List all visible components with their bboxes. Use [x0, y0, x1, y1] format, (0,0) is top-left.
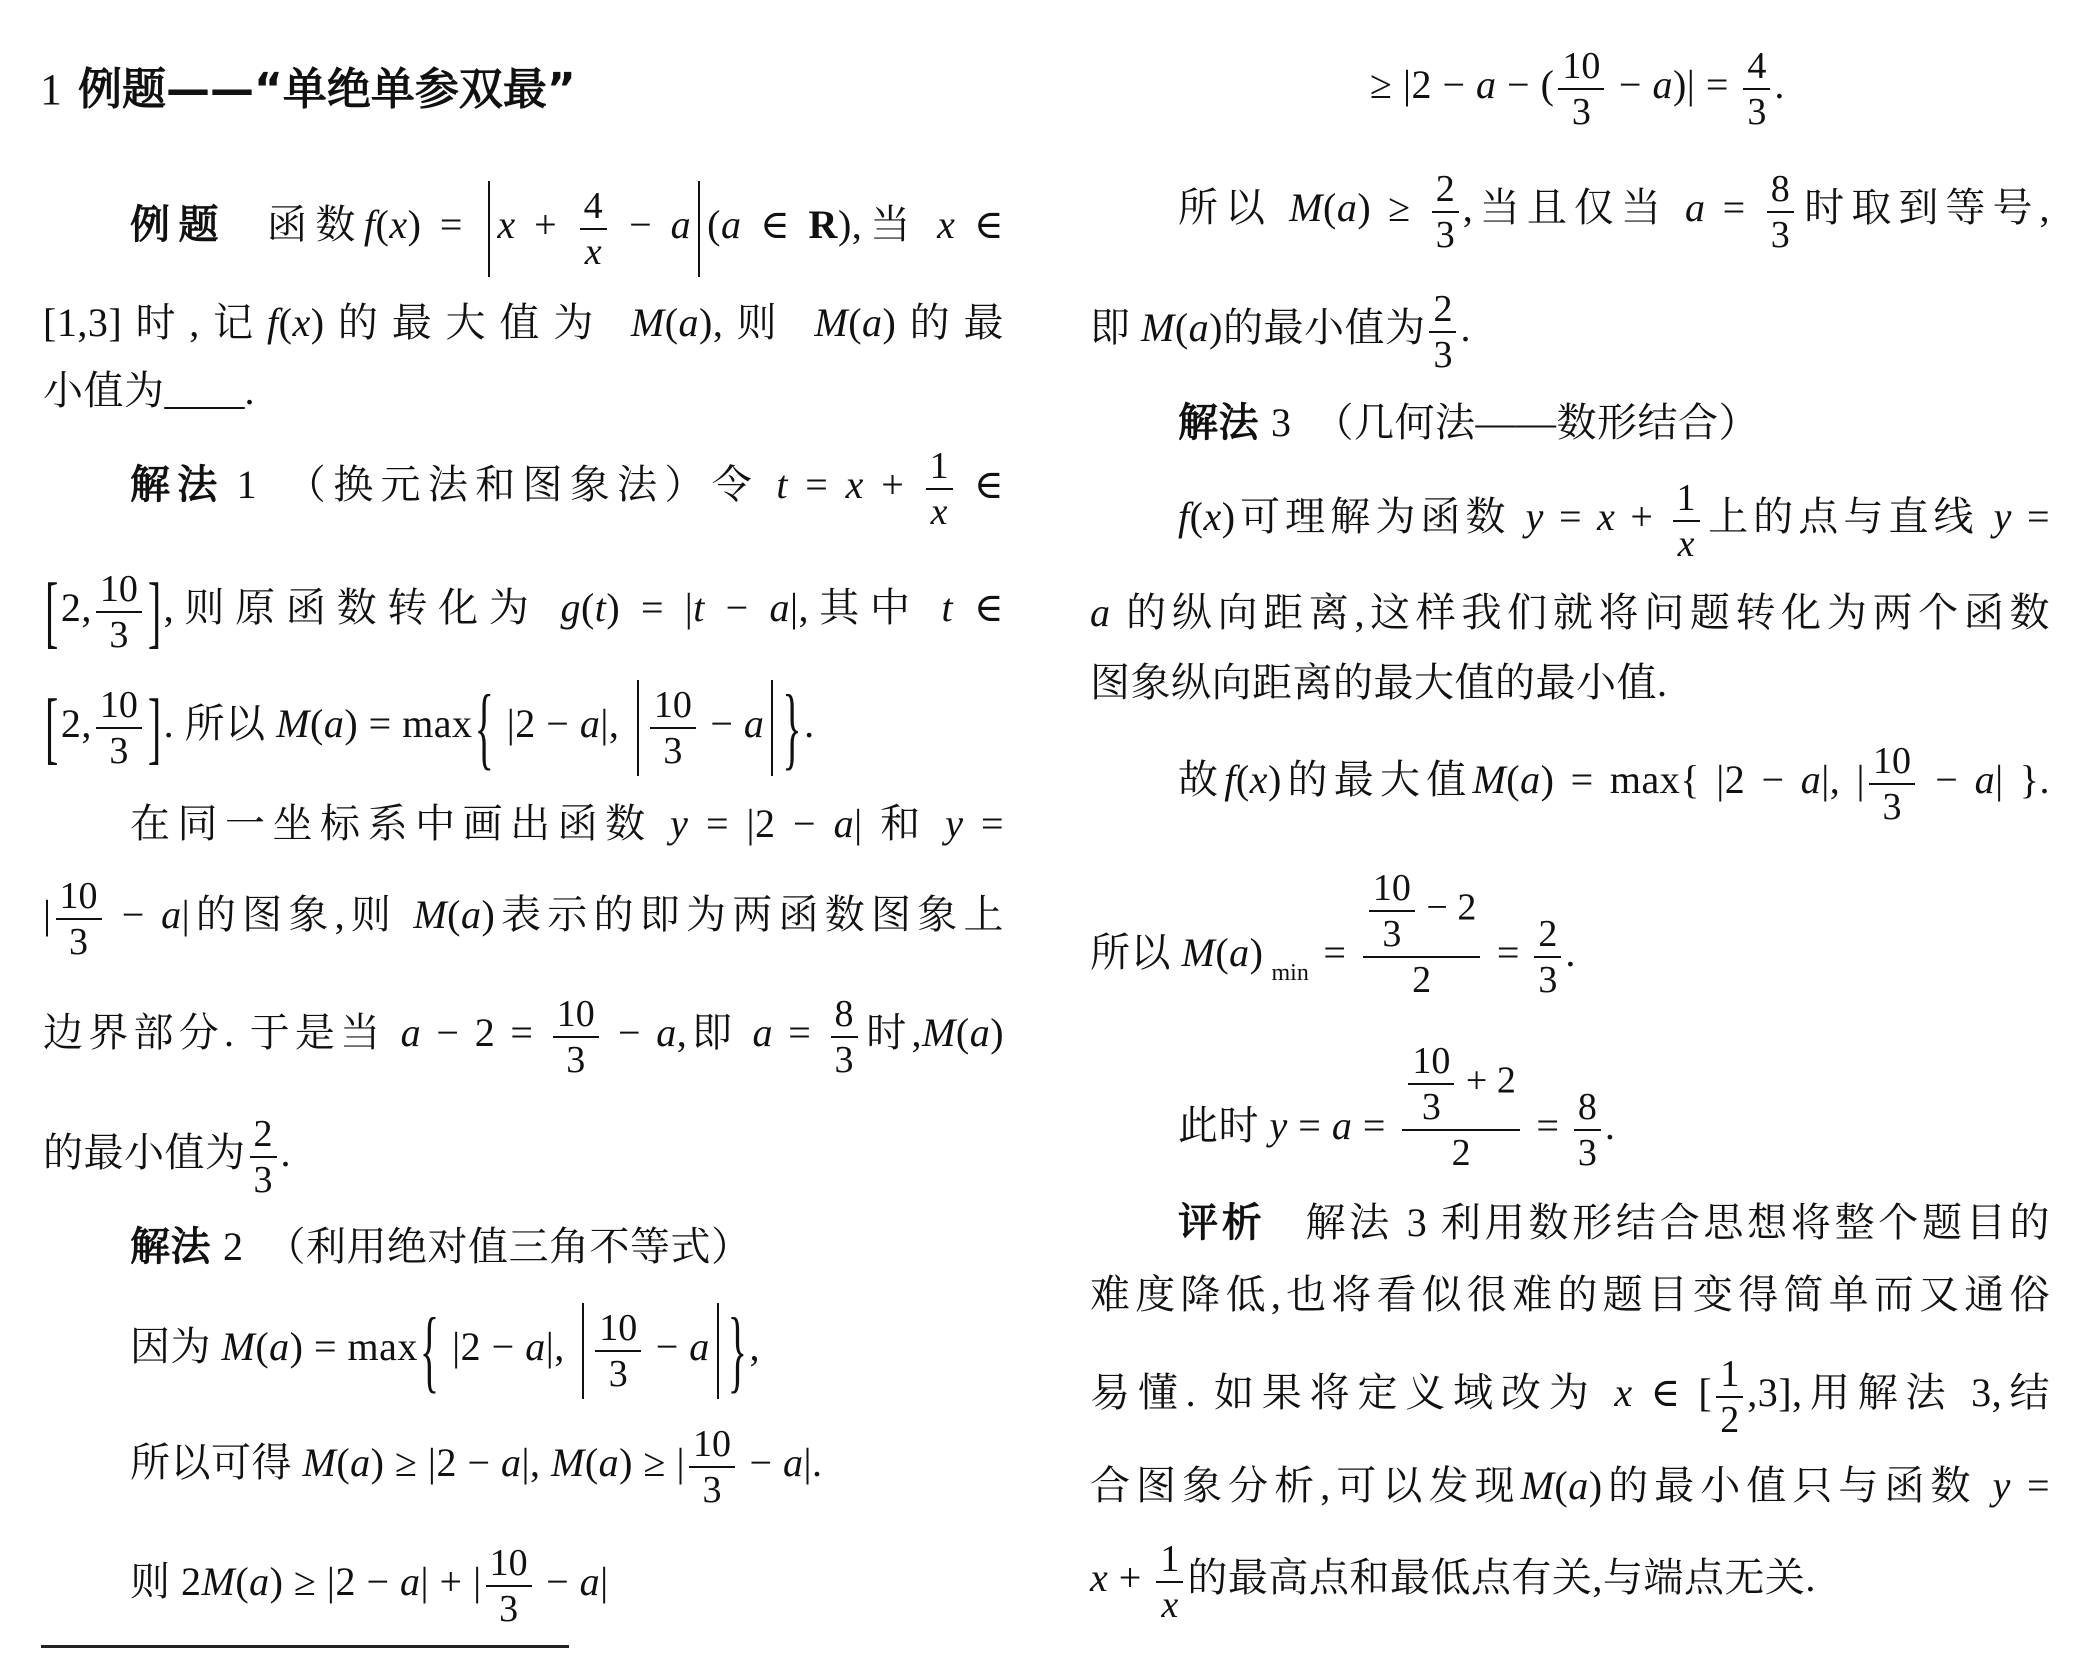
text-run: −: [705, 585, 770, 630]
text-run: 2,: [61, 701, 92, 746]
text-run: )的最: [883, 300, 1005, 345]
text-run: |2 −: [442, 1324, 526, 1369]
text-run: )的最大值为: [311, 300, 631, 345]
fraction-denominator: 3: [1408, 1083, 1454, 1129]
fraction-numerator: 10: [486, 1541, 532, 1585]
math-variable: M: [631, 300, 665, 345]
absolute-value-bar: [771, 680, 773, 776]
fraction: 103: [1558, 44, 1604, 134]
text-run: )可理解为函数: [1222, 494, 1526, 539]
math-variable: x: [497, 202, 515, 247]
absolute-value-bar: [717, 1303, 719, 1399]
fraction-denominator: x: [1673, 520, 1700, 566]
fraction-numerator: 10: [1869, 739, 1915, 783]
fraction-denominator: 3: [595, 1350, 641, 1396]
math-variable: a: [1520, 757, 1541, 802]
fraction-numerator: 1: [926, 444, 953, 488]
math-variable: a: [350, 1440, 371, 1485]
math-variable: a: [783, 1440, 804, 1485]
text-run: 合图象分析,可以发现: [1090, 1463, 1521, 1508]
text-run: (: [581, 585, 595, 630]
text-run: .: [1605, 1103, 1616, 1148]
text-line: x + 1x的最高点和最低点有关,与端点无关.: [1090, 1548, 1816, 1608]
text-run: ,即: [677, 1010, 753, 1055]
text-run: (: [1215, 930, 1229, 975]
text-line: 合图象分析,可以发现M(a)的最小值只与函数 y =: [1090, 1456, 2050, 1516]
fraction-denominator: 3: [1429, 331, 1456, 377]
math-variable: a: [744, 701, 765, 746]
math-variable: M: [202, 1559, 236, 1604]
text-run: ∈: [955, 202, 1004, 247]
text-run: (: [848, 300, 862, 345]
math-variable: y: [1993, 1463, 2011, 1508]
math-variable: M: [1521, 1463, 1555, 1508]
fraction-denominator: 3: [650, 727, 696, 773]
text-line: a 的纵向距离,这样我们就将问题转化为两个函数: [1090, 583, 2050, 643]
text-run: =: [1486, 930, 1530, 975]
text-run: ∈: [742, 202, 809, 247]
fraction-denominator: 3: [1534, 956, 1561, 1002]
fraction-denominator: 3: [96, 727, 142, 773]
math-variable: M: [1289, 185, 1323, 230]
tall-brace: }: [782, 682, 802, 774]
text-run: 所以: [1178, 185, 1289, 230]
math-variable: a: [501, 1440, 522, 1485]
fraction-numerator: 4: [580, 184, 607, 228]
text-run: .: [1460, 305, 1471, 350]
section-title-text: 例题——“单绝单参双最”: [78, 64, 576, 115]
fraction-denominator: 3: [56, 918, 102, 964]
text-run: 函数: [267, 202, 364, 247]
absolute-value-bar: [637, 680, 639, 776]
math-variable: a: [1975, 757, 1996, 802]
tall-brace: {: [475, 682, 495, 774]
text-run: =: [788, 462, 846, 507]
math-variable: a: [461, 892, 482, 937]
text-run: (: [310, 701, 324, 746]
text-run: |,: [522, 1440, 552, 1485]
tall-bracket: [: [45, 572, 59, 652]
fraction-numerator: 4: [1743, 44, 1770, 88]
text-run: |的图象,则: [182, 892, 414, 937]
fraction-denominator: 3: [1574, 1129, 1601, 1175]
text-run: （几何法——数形结合）: [1314, 400, 1760, 445]
fraction: 43: [1743, 44, 1770, 134]
math-variable: f: [267, 300, 279, 345]
text-run: ): [990, 1010, 1004, 1055]
text-run: ≥ |2 −: [1370, 62, 1476, 107]
math-variable: g: [560, 585, 581, 630]
text-line: 在同一坐标系中画出函数 y = |2 − a| 和 y =: [130, 794, 1004, 854]
fraction-numerator: 10: [96, 567, 142, 611]
fraction: 1x: [926, 444, 953, 534]
fraction-denominator: 3: [1743, 88, 1770, 134]
solution-1-heading-line: 解法1（换元法和图象法）令 t = x + 1x ∈: [130, 455, 1004, 515]
text-run: ) = max: [344, 701, 472, 746]
math-variable: a: [770, 585, 791, 630]
math-variable: a: [1476, 62, 1497, 107]
text-run: (: [585, 1440, 599, 1485]
fraction-denominator: 3: [1369, 910, 1415, 956]
text-run: −: [645, 1324, 689, 1369]
math-variable: f: [1178, 494, 1190, 539]
text-run: ) ≥ |2 −: [270, 1559, 400, 1604]
text-run: )的最小值只与函数: [1589, 1463, 1993, 1508]
text-run: (: [665, 300, 679, 345]
text-run: ) =: [408, 202, 482, 247]
fraction-denominator: 3: [553, 1036, 599, 1082]
fraction-numerator: 10: [553, 992, 599, 1036]
math-variable: a: [1229, 930, 1250, 975]
math-variable: a: [753, 1010, 774, 1055]
text-run: |, |: [1821, 757, 1865, 802]
text-run: 则 2: [130, 1559, 202, 1604]
math-variable: y: [670, 801, 688, 846]
math-variable: f: [1224, 757, 1236, 802]
fraction: 12: [1716, 1352, 1743, 1442]
text-run: =: [1313, 930, 1357, 975]
math-variable: M: [222, 1324, 256, 1369]
fraction: 103: [595, 1306, 641, 1396]
text-line: 难度降低,也将看似很难的题目变得简单而又通俗: [1090, 1265, 2050, 1325]
math-variable: M: [922, 1010, 956, 1055]
text-run: −: [536, 1559, 580, 1604]
example-problem-line: 例题函数f(x) = x + 4x − a(a ∈ R),当 x ∈: [130, 195, 1004, 255]
math-variable: t: [942, 585, 954, 630]
fraction-denominator: 2: [1363, 956, 1480, 1048]
text-run: ∈: [953, 585, 1004, 630]
text-run: )| =: [1673, 62, 1739, 107]
solution-2-heading-line: 解法2（利用绝对值三角不等式）: [130, 1217, 752, 1277]
text-run: ,则原函数转化为: [164, 585, 561, 630]
text-run: |: [43, 892, 52, 937]
math-variable: a: [400, 1559, 421, 1604]
math-variable: M: [1182, 930, 1216, 975]
text-run: ): [1250, 930, 1264, 975]
text-line: 图象纵向距离的最大值的最小值.: [1090, 653, 1668, 713]
text-run: ) = max{ |2 −: [1541, 757, 1801, 802]
text-line: 所以可得 M(a) ≥ |2 − a|, M(a) ≥ |103 − a|.: [130, 1433, 823, 1493]
math-variable: y: [1270, 1103, 1288, 1148]
text-run: +: [516, 202, 576, 247]
text-run: |.: [804, 1440, 823, 1485]
text-run: (: [956, 1010, 970, 1055]
text-run: =: [963, 801, 1004, 846]
text-run: =: [1352, 1103, 1396, 1148]
text-run: (: [1506, 757, 1520, 802]
text-run: |2 −: [496, 701, 580, 746]
fraction: 103: [553, 992, 599, 1082]
text-run: (: [447, 892, 461, 937]
text-run: 即: [1090, 305, 1141, 350]
text-run: 时取到等号,: [1798, 185, 2050, 230]
text-run: ) ≥: [1357, 185, 1427, 230]
math-variable: a: [324, 701, 345, 746]
math-variable: a: [862, 300, 883, 345]
text-run: (: [1323, 185, 1337, 230]
math-variable: a: [1568, 1463, 1589, 1508]
text-line: 所以 M(a)min = 103 − 22 = 23.: [1090, 923, 1576, 983]
fraction: 103: [689, 1422, 735, 1512]
text-run: 2,: [61, 585, 92, 630]
fraction: 4x: [580, 184, 607, 274]
footnote-divider: [41, 1645, 569, 1648]
fraction-denominator: 3: [831, 1036, 858, 1082]
text-run: −: [1919, 757, 1975, 802]
label-example: 例题: [130, 202, 227, 248]
text-line: 易懂. 如果将定义域改为 x ∈ [12,3],用解法 3,结: [1090, 1363, 2050, 1423]
text-run: 此时: [1178, 1103, 1270, 1148]
math-variable: a: [1801, 757, 1822, 802]
math-variable: x: [1597, 494, 1615, 539]
section-number: 1: [40, 65, 62, 114]
fraction: 23: [1534, 912, 1561, 1002]
math-variable: t: [595, 585, 607, 630]
text-run: + 2: [1456, 1060, 1515, 1102]
text-run: −: [739, 1440, 783, 1485]
fraction-numerator: 2: [1534, 912, 1561, 956]
math-variable: x: [846, 462, 864, 507]
text-run: ∈: [957, 462, 1004, 507]
fraction-numerator: 10: [56, 874, 102, 918]
text-run: (: [707, 202, 721, 247]
fraction-denominator: 3: [689, 1466, 735, 1512]
fraction: 83: [1574, 1085, 1601, 1175]
solution-number: 3: [1271, 400, 1292, 445]
text-run: .: [245, 368, 256, 413]
math-variable: a: [1189, 305, 1210, 350]
math-variable: x: [389, 202, 407, 247]
math-variable: a: [689, 1324, 710, 1369]
math-variable: t: [776, 462, 788, 507]
fraction-numerator: 2: [1429, 287, 1456, 331]
fraction-denominator: 3: [1869, 783, 1915, 829]
math-variable: a: [1652, 62, 1673, 107]
text-run: 时,: [862, 1010, 922, 1055]
fraction-denominator: 3: [250, 1156, 277, 1202]
math-variable: a: [580, 1559, 601, 1604]
text-run: (: [235, 1559, 249, 1604]
fraction: 83: [831, 992, 858, 1082]
text-run: =: [2012, 494, 2050, 539]
tall-bracket: [: [45, 688, 59, 768]
text-run: = |2 −: [688, 801, 833, 846]
text-run: 所以可得: [130, 1440, 303, 1485]
math-variable: M: [551, 1440, 585, 1485]
math-variable: M: [303, 1440, 337, 1485]
label-solution-method: 解法: [130, 462, 225, 508]
text-line: 边界部分. 于是当 a − 2 = 103 − a,即 a = 83时,M(a): [43, 1003, 1004, 1063]
math-variable: x: [1614, 1370, 1632, 1415]
math-variable: y: [1994, 494, 2012, 539]
math-variable: a: [656, 1010, 677, 1055]
fraction-denominator: 2: [1716, 1396, 1743, 1442]
text-run: |,其中: [790, 585, 942, 630]
fraction-numerator: 10: [1369, 866, 1415, 910]
fraction-numerator: 10: [595, 1306, 641, 1350]
text-run: − (: [1497, 62, 1555, 107]
text-run: 小值为: [43, 368, 165, 413]
math-variable: a: [1685, 185, 1706, 230]
math-variable: x: [292, 300, 310, 345]
fraction-denominator: x: [926, 488, 953, 534]
text-run: +: [864, 462, 922, 507]
solution-number: 1: [237, 462, 258, 507]
fraction-numerator: 10: [1558, 44, 1604, 88]
math-variable: x: [1250, 757, 1268, 802]
math-variable: M: [1472, 757, 1506, 802]
text-run: (: [376, 202, 390, 247]
fraction-denominator: x: [1156, 1581, 1183, 1627]
text-run: .: [1774, 62, 1785, 107]
text-run: . 所以: [164, 701, 277, 746]
text-run: =: [1544, 494, 1597, 539]
fraction-numerator: 2: [250, 1112, 277, 1156]
text-run: ,3],用解法 3,结: [1747, 1370, 2050, 1415]
tall-bracket: ]: [148, 688, 162, 768]
fraction-numerator: 1: [1716, 1352, 1743, 1396]
fraction-numerator: 8: [1767, 167, 1794, 211]
absolute-value-bar: [582, 1303, 584, 1399]
fraction: 103: [1369, 866, 1415, 956]
fraction-numerator: 8: [1574, 1085, 1601, 1129]
text-run: 因为: [130, 1324, 222, 1369]
text-run: ) = max: [290, 1324, 418, 1369]
fraction: 83: [1767, 167, 1794, 257]
text-run: | 和: [854, 801, 945, 846]
text-run: ) = |: [606, 585, 693, 630]
text-run: =: [2011, 1463, 2050, 1508]
text-run: ) ≥ |: [619, 1440, 685, 1485]
text-run: +: [1615, 494, 1668, 539]
text-run: （利用绝对值三角不等式）: [266, 1224, 752, 1269]
text-run: (: [336, 1440, 350, 1485]
text-run: ,: [749, 1324, 760, 1369]
math-variable: M: [413, 892, 447, 937]
text-run: ) ≥ |2 −: [371, 1440, 501, 1485]
fraction-denominator: 3: [96, 611, 142, 657]
text-run: − 2 =: [421, 1010, 549, 1055]
text-line: [1,3]时,记f(x)的最大值为 M(a),则 M(a)的最: [43, 293, 1004, 353]
math-variable: x: [1203, 494, 1221, 539]
text-run: (: [1236, 757, 1250, 802]
text-line: 即 M(a)的最小值为23.: [1090, 298, 1471, 358]
text-run: )的最大值: [1268, 757, 1472, 802]
text-run: ),则: [699, 300, 814, 345]
fraction: 103: [1869, 739, 1915, 829]
text-run: .: [1565, 930, 1576, 975]
tall-brace: {: [420, 1305, 440, 1397]
fraction: 103: [56, 874, 102, 964]
text-line: 则 2M(a) ≥ |2 − a| + |103 − a|: [130, 1552, 609, 1612]
math-variable: a: [970, 1010, 991, 1055]
math-variable: x: [1090, 1555, 1108, 1600]
text-run: −: [106, 892, 162, 937]
text-run: =: [773, 1010, 827, 1055]
math-variable: f: [364, 202, 376, 247]
fraction-denominator: 3: [486, 1585, 532, 1631]
math-variable: a: [671, 202, 692, 247]
math-variable: a: [249, 1559, 270, 1604]
math-variable: a: [525, 1324, 546, 1369]
math-variable: t: [693, 585, 705, 630]
math-variable: a: [721, 202, 742, 247]
text-run: (: [1175, 305, 1189, 350]
text-run: −: [611, 202, 671, 247]
fraction-numerator: 2: [1432, 167, 1459, 211]
fraction-numerator: 10: [689, 1422, 735, 1466]
math-variable: a: [679, 300, 700, 345]
fraction-numerator: 10: [650, 683, 696, 727]
text-run: =: [1288, 1103, 1332, 1148]
fraction: 103: [1408, 1039, 1454, 1129]
math-variable: a: [580, 701, 601, 746]
text-line: 此时 y = a = 103 + 22 = 83.: [1178, 1096, 1615, 1156]
text-run: （换元法和图象法）令: [279, 462, 776, 507]
text-run: − 2: [1417, 887, 1476, 929]
text-run: (: [1190, 494, 1204, 539]
fraction: 23: [1429, 287, 1456, 377]
text-run: −: [700, 701, 744, 746]
text-line: ≥ |2 − a − (103 − a)| = 43.: [1370, 55, 1785, 115]
text-line: 所以 M(a) ≥ 23,当且仅当 a = 83时取到等号,: [1178, 178, 2050, 238]
fraction: 103: [486, 1541, 532, 1631]
math-variable: a: [401, 1010, 422, 1055]
text-line: 小值为____.: [43, 361, 255, 421]
text-run: (: [1554, 1463, 1568, 1508]
fraction: 103: [96, 567, 142, 657]
math-variable: y: [1526, 494, 1544, 539]
fraction: 1x: [1156, 1537, 1183, 1627]
math-variable: x: [937, 202, 955, 247]
text-run: (: [255, 1324, 269, 1369]
text-line: 故f(x)的最大值M(a) = max{ |2 − a|, |103 − a| …: [1178, 750, 2050, 810]
fraction: 23: [250, 1112, 277, 1202]
real-numbers-symbol: R: [809, 202, 838, 247]
text-run: ,当且仅当: [1463, 185, 1685, 230]
text-run: 图象纵向距离的最大值的最小值.: [1090, 660, 1668, 705]
text-run: )表示的即为两函数图象上: [481, 892, 1004, 937]
label-solution-method: 解法: [1178, 400, 1259, 446]
text-run: −: [603, 1010, 657, 1055]
math-variable: y: [945, 801, 963, 846]
text-run: 边界部分. 于是当: [43, 1010, 401, 1055]
text-run: −: [1608, 62, 1652, 107]
text-run: )的最小值为: [1209, 305, 1425, 350]
text-line: [2,103]. 所以 M(a) = max{ |2 − a|, 103 − a…: [43, 694, 815, 754]
math-variable: M: [1141, 305, 1175, 350]
absolute-value-bar: [698, 181, 700, 277]
fraction-numerator: 10: [1408, 1039, 1454, 1083]
math-variable: a: [834, 801, 855, 846]
text-run: =: [1526, 1103, 1570, 1148]
text-line: 的最小值为23.: [43, 1123, 291, 1183]
text-line: [2,103],则原函数转化为 g(t) = |t − a|,其中 t ∈: [43, 578, 1004, 638]
math-variable: a: [1332, 1103, 1353, 1148]
text-line: f(x)可理解为函数 y = x + 1x上的点与直线 y =: [1178, 487, 2050, 547]
text-run: |: [600, 1559, 609, 1604]
text-run: =: [1706, 185, 1763, 230]
solution-number: 2: [223, 1224, 244, 1269]
tall-bracket: ]: [148, 572, 162, 652]
text-run: 的最高点和最低点有关,与端点无关.: [1187, 1555, 1816, 1600]
text-run: |,: [600, 701, 630, 746]
fraction-denominator: 3: [1767, 211, 1794, 257]
text-run: .: [804, 701, 815, 746]
text-run: | + |: [421, 1559, 482, 1604]
text-run: ∈ [: [1633, 1370, 1713, 1415]
text-run: ),当: [838, 202, 937, 247]
